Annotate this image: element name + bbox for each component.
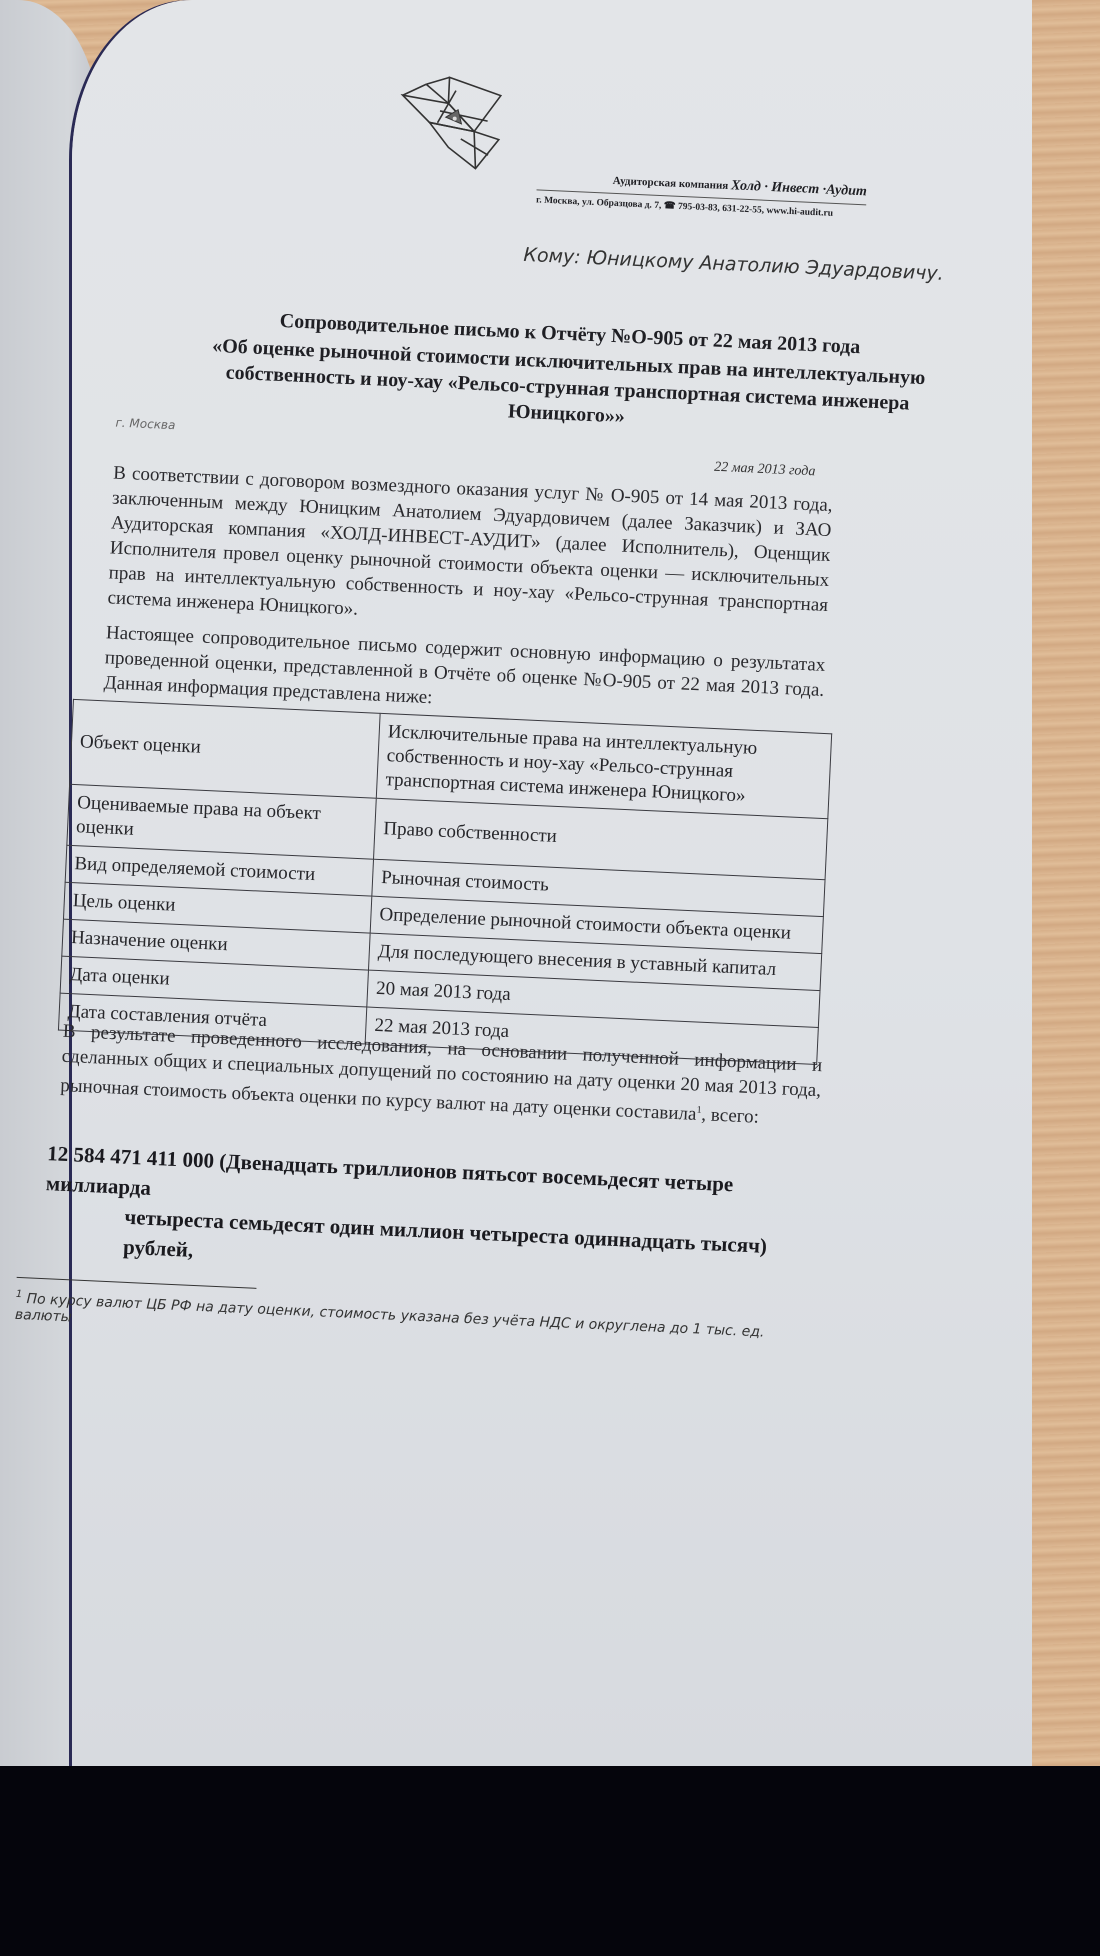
document-title: Сопроводительное письмо к Отчёту №О-905 …	[206, 305, 930, 444]
result-text-end: , всего:	[701, 1104, 759, 1128]
recipient-line: Кому: Юницкому Анатолию Эдуардовичу.	[523, 244, 944, 285]
assessment-summary-table: Объект оценкиИсключительные права на инт…	[58, 699, 832, 1065]
isometric-cube-logo-icon	[397, 73, 511, 173]
paragraph-contract: В соответствии с договором возмездного о…	[107, 460, 833, 643]
place: г. Москва	[115, 416, 175, 433]
footnote: 1 По курсу валют ЦБ РФ на дату оценки, с…	[15, 1289, 796, 1358]
phone-icon: ☎	[664, 201, 676, 212]
letterhead: Аудиторская компания Холд · Инвест ·Ауди…	[536, 169, 867, 220]
letter-date: 22 мая 2013 года	[714, 460, 816, 481]
valuation-amount: 12 584 471 411 000 (Двенадцать триллионо…	[43, 1138, 828, 1293]
footnote-marker: 1	[16, 1289, 23, 1300]
company-address: г. Москва, ул. Образцова д. 7,	[536, 195, 662, 211]
footnote-text: По курсу валют ЦБ РФ на дату оценки, сто…	[15, 1291, 765, 1340]
company-prefix: Аудиторская компания	[612, 175, 728, 192]
amount-line-1: 12 584 471 411 000 (Двенадцать триллионо…	[45, 1141, 733, 1200]
company-name: Холд · Инвест ·Аудит	[731, 178, 867, 199]
company-address-line: г. Москва, ул. Образцова д. 7, ☎ 795-03-…	[536, 194, 866, 220]
document-page: Аудиторская компания Холд · Инвест ·Ауди…	[72, 0, 1032, 1880]
dark-foreground-shadow	[0, 1766, 1100, 1956]
company-phones-website: 795-03-83, 631-22-55, www.hi-audit.ru	[678, 202, 833, 219]
amount-line-2: четыреста семьдесят один миллион четырес…	[43, 1198, 825, 1293]
table-key: Объект оценки	[70, 699, 381, 798]
page-content: Аудиторская компания Холд · Инвест ·Ауди…	[112, 60, 1051, 103]
